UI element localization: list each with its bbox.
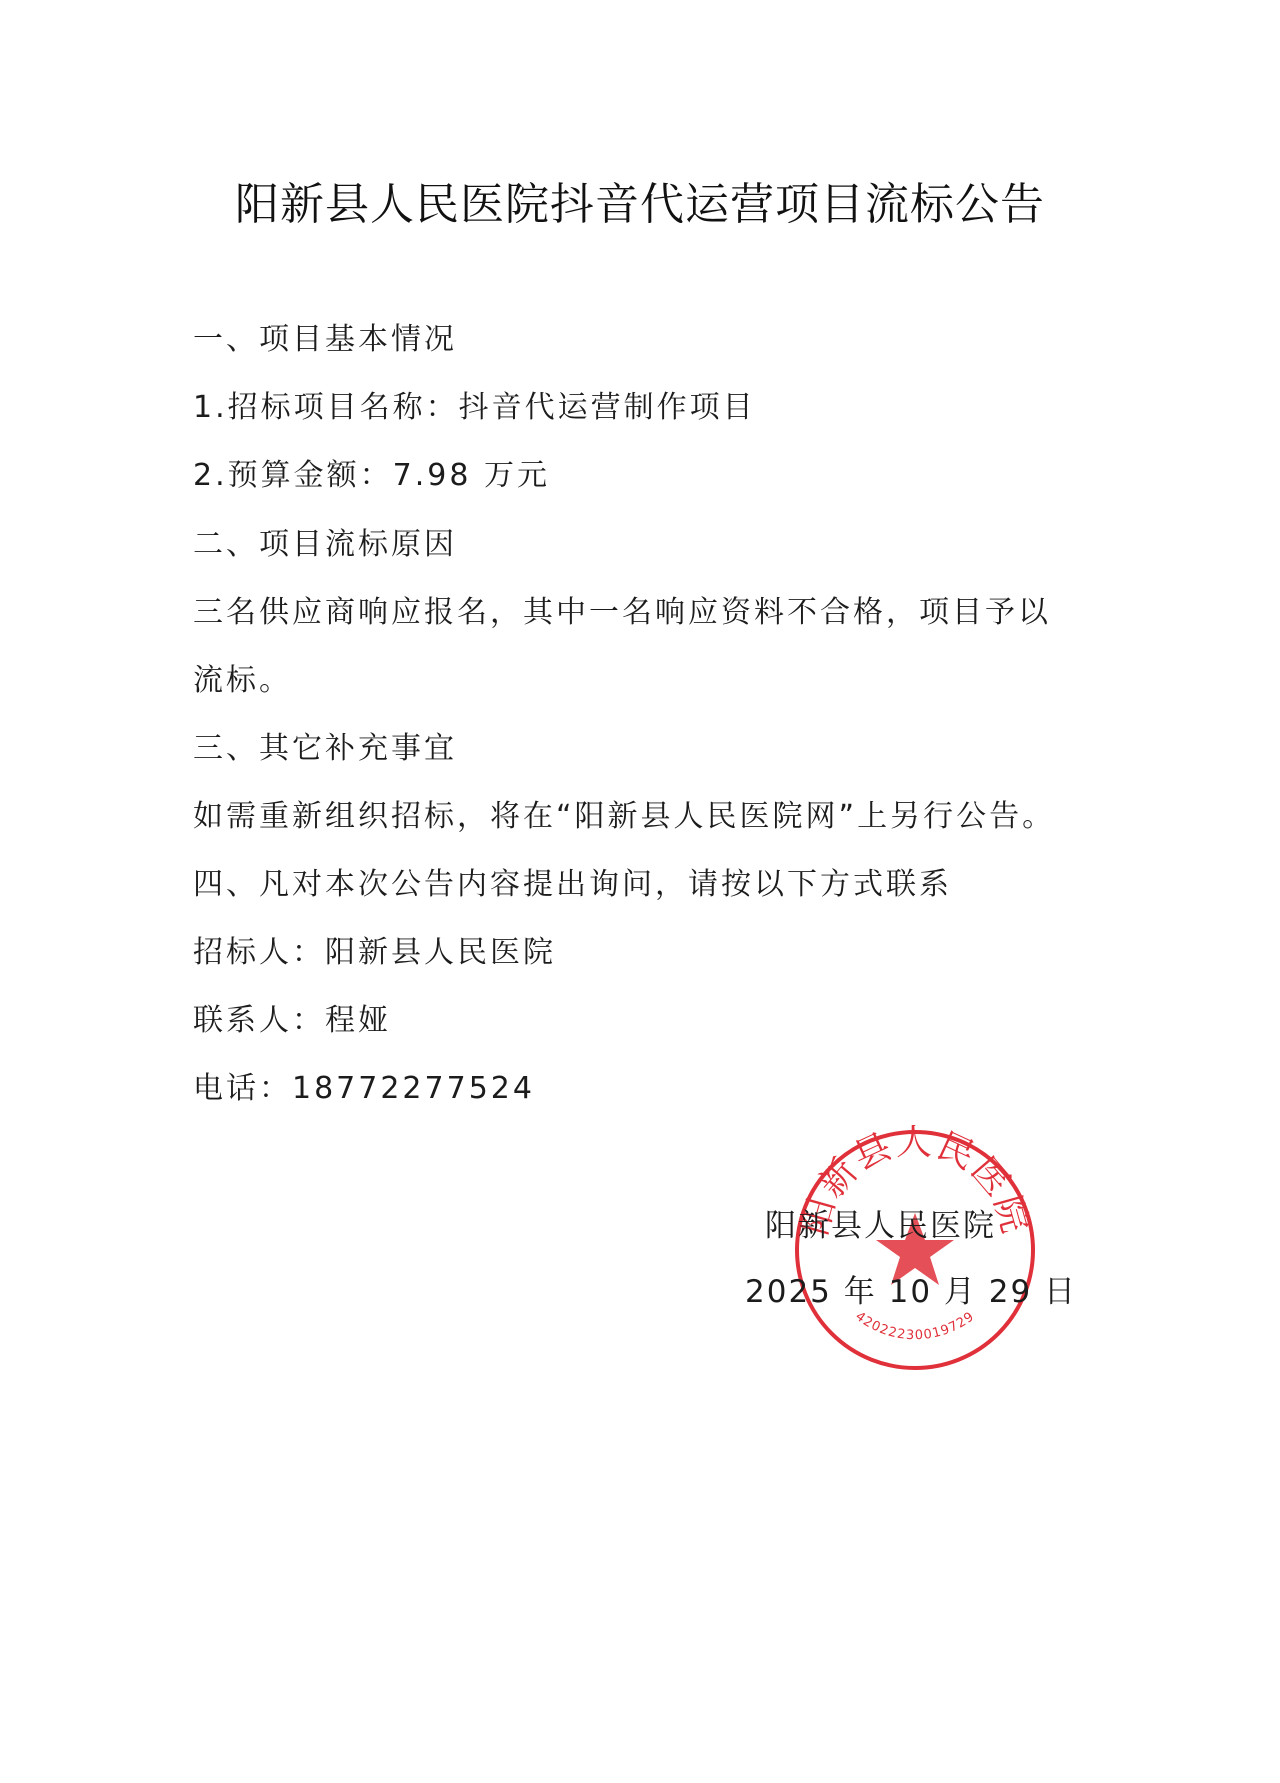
tenderer: 招标人：阳新县人民医院 (193, 933, 556, 973)
project-name: 1.招标项目名称：抖音代运营制作项目 (193, 388, 756, 428)
failure-reason-line-2: 流标。 (193, 661, 292, 701)
supplementary-note: 如需重新组织招标，将在“阳新县人民医院网”上另行公告。 (193, 797, 1055, 837)
contact-phone: 电话：18772277524 (193, 1069, 535, 1109)
svg-text:42022230019729: 42022230019729 (852, 1309, 977, 1343)
section-1-heading: 一、项目基本情况 (193, 320, 457, 360)
document-title: 阳新县人民医院抖音代运营项目流标公告 (0, 168, 1280, 232)
signature-date: 2025 年 10 月 29 日 (745, 1266, 1077, 1311)
failure-reason-line-1: 三名供应商响应报名，其中一名响应资料不合格，项目予以 (193, 593, 1051, 633)
section-4-heading: 四、凡对本次公告内容提出询问，请按以下方式联系 (193, 865, 952, 905)
section-3-heading: 三、其它补充事宜 (193, 729, 457, 769)
section-2-heading: 二、项目流标原因 (193, 525, 457, 565)
budget-amount: 2.预算金额：7.98 万元 (193, 456, 550, 496)
contact-person: 联系人：程娅 (193, 1001, 391, 1041)
official-seal-icon: 阳新县人民医院 42022230019729 (790, 1125, 1040, 1375)
signature-organization: 阳新县人民医院 (765, 1200, 996, 1245)
